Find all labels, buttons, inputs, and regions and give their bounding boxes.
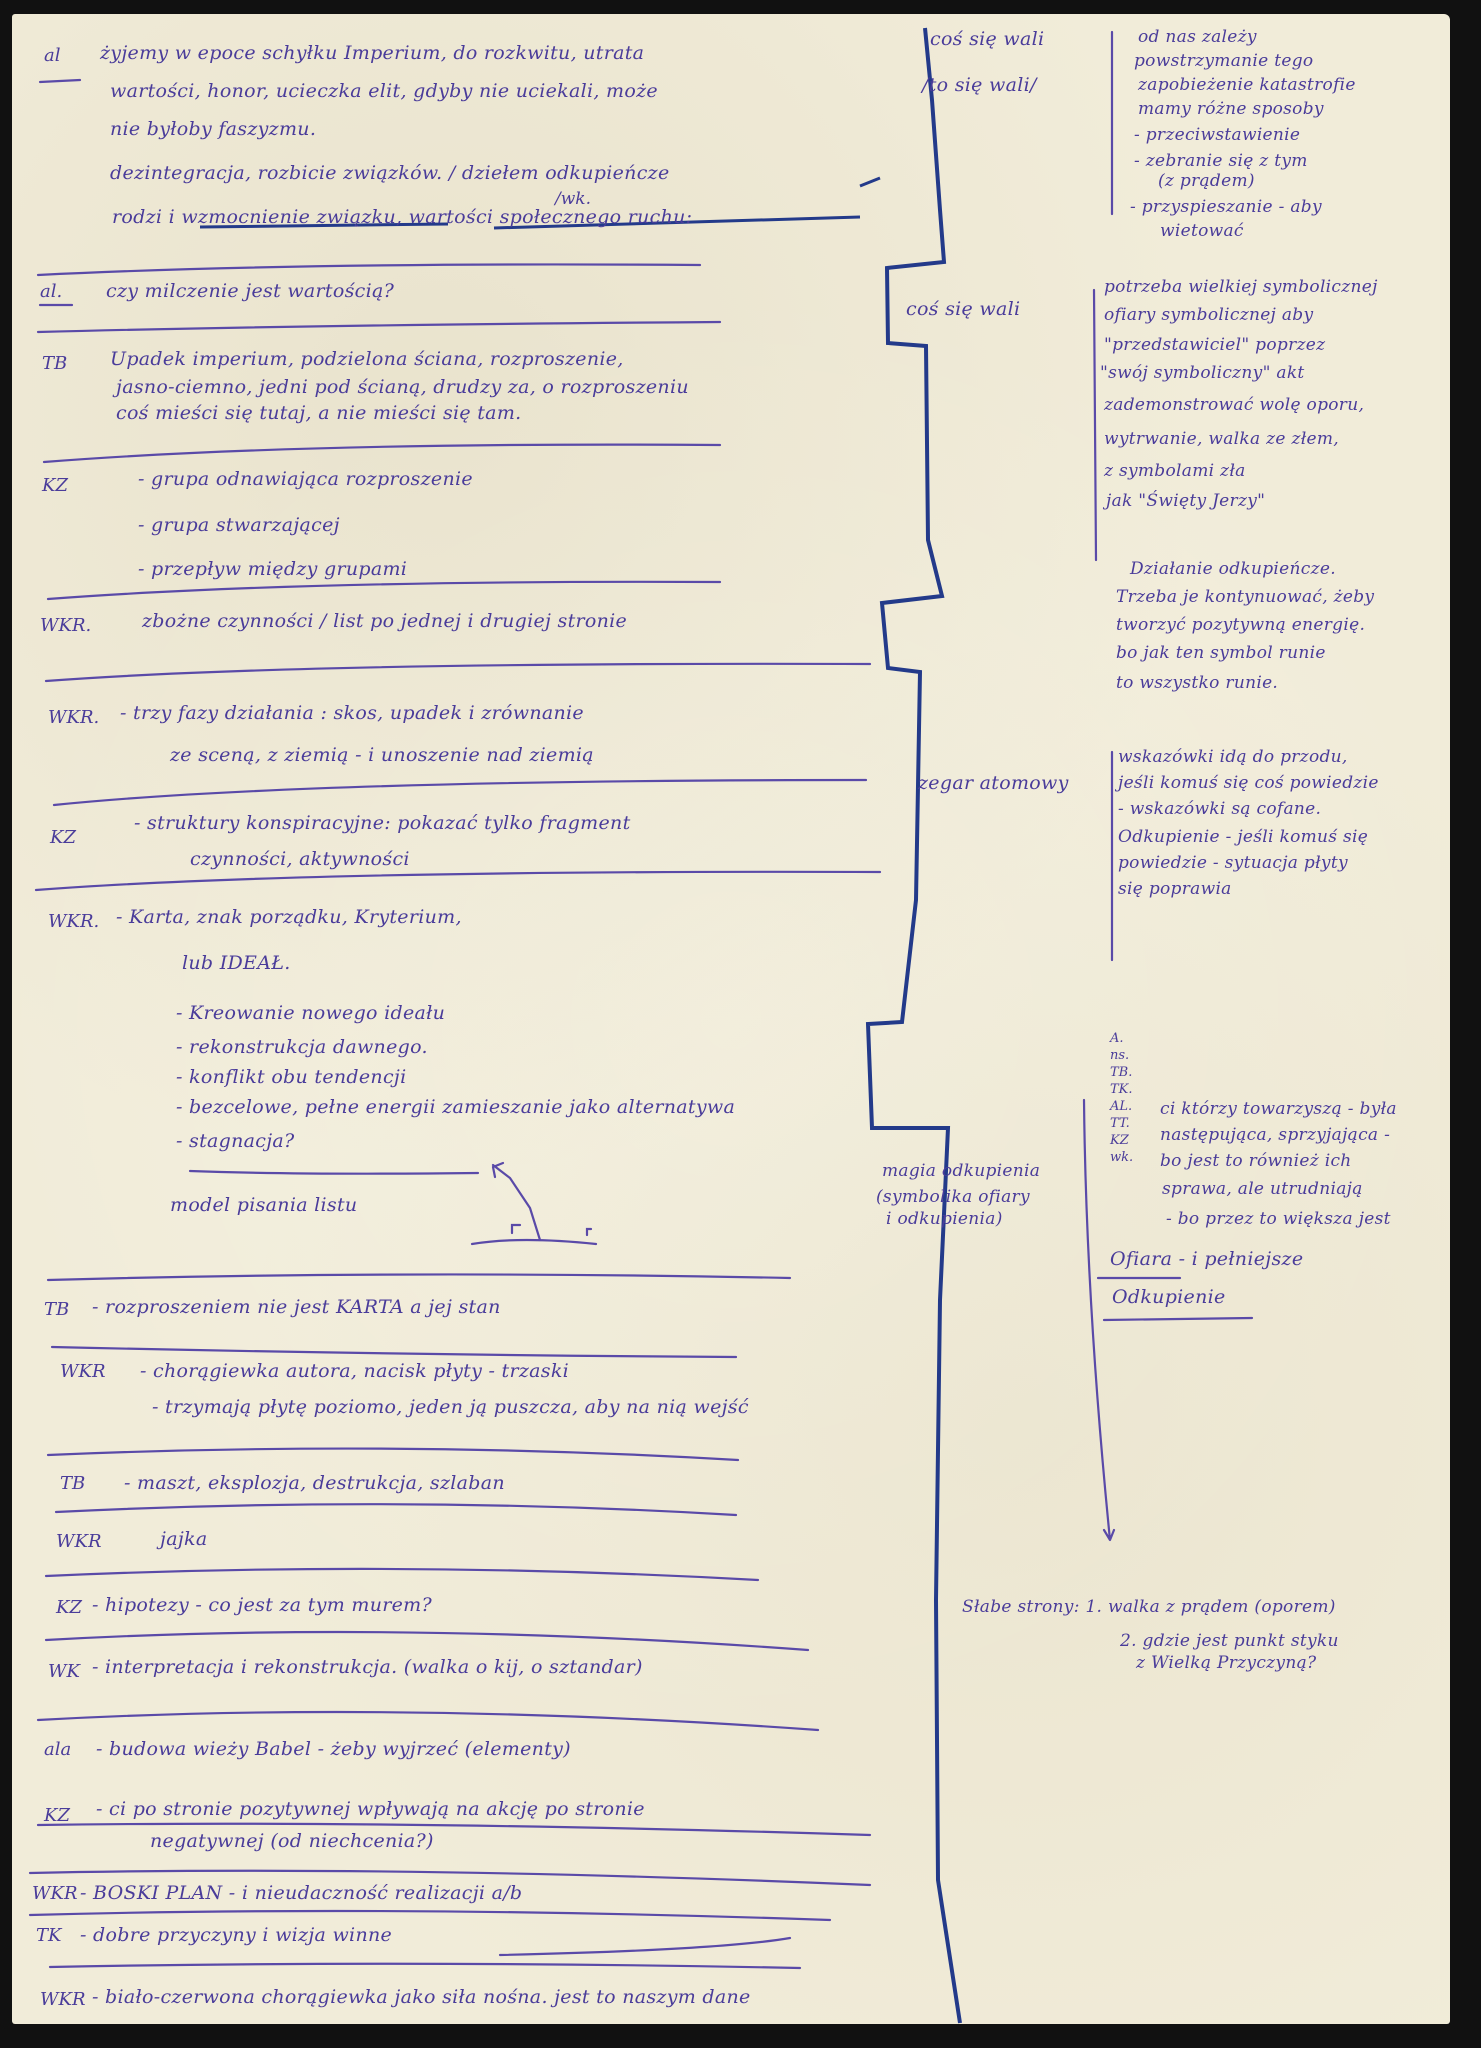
entry-line: ze sceną, z ziemią - i unoszenie nad zie… (170, 742, 594, 768)
middle-label: magia odkupienia (882, 1160, 1040, 1182)
entry-line: - stagnacja? (176, 1128, 295, 1154)
note-line: jak "Święty Jerzy" (1106, 490, 1265, 512)
note-line: - bo przez to większa jest (1166, 1208, 1391, 1230)
note-line: mamy różne sposoby (1138, 98, 1324, 120)
entry-line: - trzymają płytę poziomo, jeden ją puszc… (152, 1394, 749, 1420)
note-line: ci którzy towarzyszą - była (1160, 1098, 1397, 1120)
entry-tag: WKR. (40, 614, 91, 638)
note-line: - wskazówki są cofane. (1118, 798, 1321, 820)
entry-line: - maszt, eksplozja, destrukcja, szlaban (124, 1470, 505, 1496)
entry-tag: TK (36, 1924, 61, 1948)
entry-line: - konflikt obu tendencji (176, 1064, 406, 1090)
participant-tag: KZ (1110, 1132, 1150, 1149)
entry-tag: KZ (42, 474, 68, 498)
entry-line: - hipotezy - co jest za tym murem? (92, 1592, 432, 1618)
middle-label: zegar atomowy (918, 770, 1069, 796)
entry-line: - bezcelowe, pełne energii zamieszanie j… (176, 1094, 735, 1120)
entry-tag: KZ (56, 1596, 82, 1620)
entry-tag: TB (44, 1298, 69, 1322)
entry-line: lub IDEAŁ. (182, 950, 291, 976)
note-line: sprawa, ale utrudniają (1162, 1178, 1363, 1200)
participant-tags: A. ns. TB. TK. AL. TT. KZ wk. (1110, 1030, 1150, 1166)
entry-tag: al. (40, 280, 62, 304)
entry-tag: WKR (60, 1360, 106, 1384)
note-line: tworzyć pozytywną energię. (1116, 614, 1365, 636)
note-line: z symbolami zła (1104, 460, 1246, 482)
note-line: Ofiara - i pełniejsze (1110, 1246, 1303, 1272)
note-line: bo jak ten symbol runie (1116, 642, 1326, 664)
entry-line: zbożne czynności / list po jednej i drug… (142, 608, 627, 634)
entry-line: coś mieści się tutaj, a nie mieści się t… (116, 400, 521, 426)
entry-line: - Kreowanie nowego ideału (176, 1000, 445, 1026)
note-line: Trzeba je kontynuować, żeby (1116, 586, 1374, 608)
entry-line: model pisania listu (170, 1192, 357, 1218)
entry-tag: WKR (40, 1988, 86, 2012)
note-line: Słabe strony: 1. walka z prądem (oporem) (962, 1596, 1336, 1618)
note-line: "przedstawiciel" poprzez (1104, 334, 1325, 356)
participant-tag: TK. (1110, 1081, 1150, 1098)
entry-line: - rekonstrukcja dawnego. (176, 1034, 428, 1060)
participant-tag: TB. (1110, 1064, 1150, 1081)
participant-tag: wk. (1110, 1149, 1150, 1166)
entry-line: rodzi i wzmocnienie związku, wartości sp… (112, 204, 692, 230)
note-line: się poprawia (1118, 878, 1232, 900)
note-line: jeśli komuś się coś powiedzie (1118, 772, 1379, 794)
entry-tag: WKR. (48, 706, 99, 730)
entry-line: - dobre przyczyny i wizja winne (80, 1922, 392, 1948)
note-line: powiedzie - sytuacja płyty (1118, 852, 1348, 874)
entry-line: wartości, honor, ucieczka elit, gdyby ni… (110, 78, 658, 104)
note-line: powstrzymanie tego (1134, 50, 1313, 72)
entry-line: - grupa stwarzającej (138, 512, 340, 538)
entry-line: - ci po stronie pozytywnej wpływają na a… (96, 1796, 645, 1822)
entry-tag: WK (48, 1660, 80, 1684)
entry-line: negatywnej (od niechcenia?) (150, 1828, 434, 1854)
note-line: 2. gdzie jest punkt styku (1120, 1630, 1339, 1652)
entry-line: - grupa odnawiająca rozproszenie (138, 466, 473, 492)
middle-label: coś się wali (930, 26, 1044, 52)
entry-line: czy milczenie jest wartością? (106, 278, 394, 304)
participant-tag: A. (1110, 1030, 1150, 1047)
middle-label: coś się wali (906, 296, 1020, 322)
entry-tag: WKR (56, 1530, 102, 1554)
entry-tag: ala (44, 1738, 71, 1762)
note-line: "swój symboliczny" akt (1100, 362, 1305, 384)
entry-tag: TB (60, 1472, 85, 1496)
entry-line: - Karta, znak porządku, Kryterium, (116, 904, 462, 930)
participant-tag: TT. (1110, 1115, 1150, 1132)
note-line: ofiary symbolicznej aby (1104, 304, 1313, 326)
note-line: wytrwanie, walka ze złem, (1104, 428, 1339, 450)
entry-line: jajka (160, 1526, 207, 1552)
middle-label: /to się wali/ (922, 72, 1037, 98)
note-line: to wszystko runie. (1116, 672, 1278, 694)
entry-tag: KZ (44, 1804, 70, 1828)
note-line: - przyspieszanie - aby (1130, 196, 1322, 218)
note-line: - przeciwstawienie (1134, 124, 1300, 146)
note-line: następująca, sprzyjająca - (1160, 1124, 1390, 1146)
note-line: Działanie odkupieńcze. (1130, 558, 1336, 580)
entry-line: - budowa wieży Babel - żeby wyjrzeć (ele… (96, 1736, 571, 1762)
entry-tag: WKR (32, 1882, 78, 1906)
note-line: potrzeba wielkiej symbolicznej (1104, 276, 1378, 298)
note-line: bo jest to również ich (1160, 1150, 1352, 1172)
entry-line: - chorągiewka autora, nacisk płyty - trz… (140, 1358, 569, 1384)
entry-line: - trzy fazy działania : skos, upadek i z… (120, 700, 584, 726)
note-line: Odkupienie (1112, 1284, 1226, 1310)
middle-label: i odkupienia) (886, 1208, 1003, 1230)
entry-tag: al (44, 44, 61, 68)
entry-line: żyjemy w epoce schyłku Imperium, do rozk… (100, 40, 644, 66)
note-line: - zebranie się z tym (1134, 150, 1308, 172)
entry-tag: KZ (50, 826, 76, 850)
note-line: z Wielką Przyczyną? (1136, 1652, 1316, 1674)
note-line: zademonstrować wolę oporu, (1104, 394, 1364, 416)
entry-line: dezintegracja, rozbicie związków. / dzie… (110, 160, 669, 186)
note-line: (z prądem) (1158, 170, 1255, 192)
participant-tag: ns. (1110, 1047, 1150, 1064)
note-line: od nas zależy (1138, 26, 1257, 48)
entry-line: - rozproszeniem nie jest KARTA a jej sta… (92, 1294, 501, 1320)
entry-line: - biało-czerwona chorągiewka jako siła n… (92, 1984, 751, 2010)
entry-line: - BOSKI PLAN - i nieudaczność realizacji… (80, 1880, 522, 1906)
note-line: zapobieżenie katastrofie (1138, 74, 1356, 96)
participant-tag: AL. (1110, 1098, 1150, 1115)
middle-label: (symbolika ofiary (876, 1186, 1030, 1208)
note-line: Odkupienie - jeśli komuś się (1118, 826, 1368, 848)
entry-tag: WKR. (48, 910, 99, 934)
entry-line: Upadek imperium, podzielona ściana, rozp… (110, 346, 624, 372)
entry-line: jasno-ciemno, jedni pod ścianą, drudzy z… (116, 374, 689, 400)
entry-line: - przepływ między grupami (138, 556, 407, 582)
note-line: wietować (1160, 220, 1244, 242)
entry-line: - interpretacja i rekonstrukcja. (walka … (92, 1654, 643, 1680)
entry-line: nie byłoby faszyzmu. (110, 116, 316, 142)
entry-tag: TB (42, 352, 67, 376)
entry-line: czynności, aktywności (190, 846, 410, 872)
entry-line: - struktury konspiracyjne: pokazać tylko… (134, 810, 631, 836)
note-line: wskazówki idą do przodu, (1118, 746, 1348, 768)
